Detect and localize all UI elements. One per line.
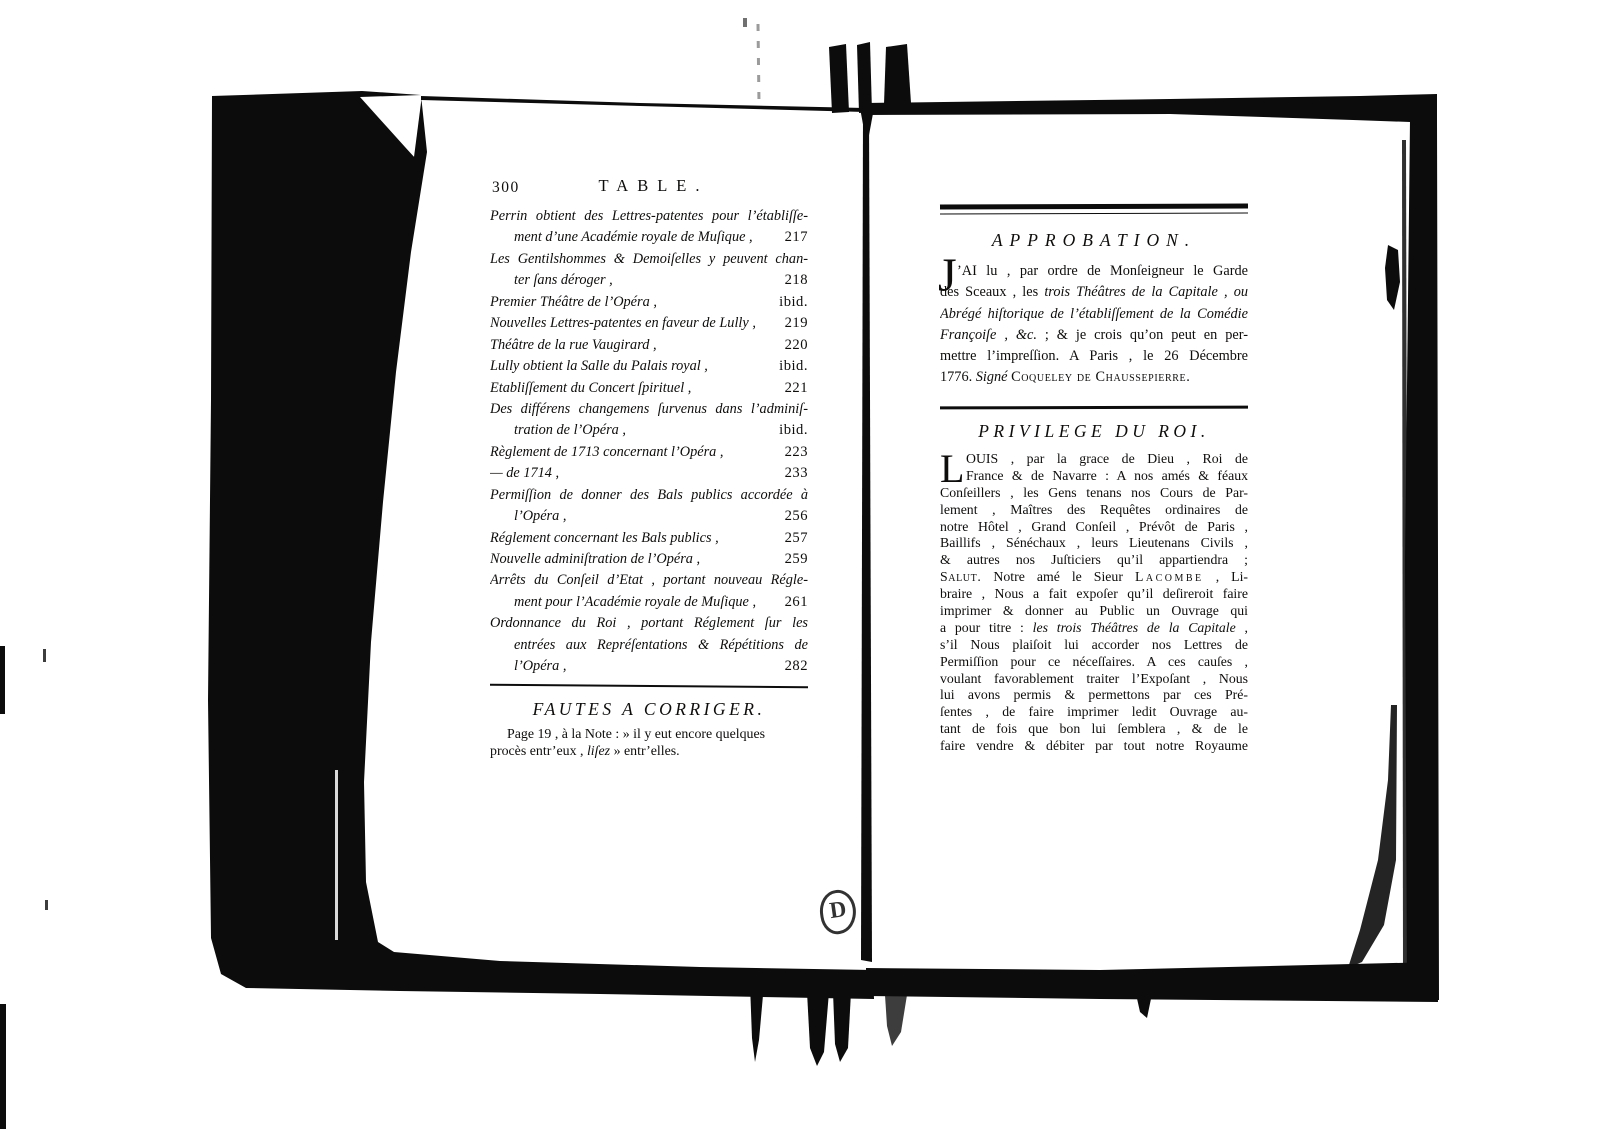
text-line: Abrégé hiſtorique de l’établiſſement de … <box>940 304 1248 325</box>
left-page-top-edge <box>421 96 865 112</box>
text-run: ſentes , de faire imprimer ledit Ouvrage… <box>940 704 1248 719</box>
toc-page-ref: 223 <box>777 442 808 463</box>
toc-line: — de 1714 ,233 <box>490 463 808 484</box>
text-line: Permiſſion pour ce néceſſaires. A ces ca… <box>940 654 1248 671</box>
toc-line: Nouvelles Lettres-patentes en faveur de … <box>490 313 808 334</box>
toc-line: Théâtre de la rue Vaugirard ,220 <box>490 335 808 356</box>
toc-line: l’Opéra ,282 <box>490 656 808 677</box>
head-rule-thin <box>940 212 1248 215</box>
toc-entry-text: Permiſſion de donner des Bals publics ac… <box>490 487 808 503</box>
text-line: voulant favorablement traiter l’Expoſant… <box>940 671 1248 688</box>
right-corner-streak <box>1348 705 1397 968</box>
text-run: Françoiſe , &c. <box>940 327 1037 343</box>
toc-entry-text: ment pour l’Académie royale de Muſique , <box>514 592 756 613</box>
toc-entry-text: Arrêts du Conſeil d’Etat , portant nouve… <box>490 572 808 588</box>
text-run: OUIS , par la grace de Dieu , Roi de <box>966 451 1248 466</box>
text-run: 1776. <box>940 369 976 385</box>
binding-stroke-top-2 <box>857 42 872 113</box>
text-run: faire vendre & débiter par tout notre Ro… <box>940 738 1248 753</box>
approbation-heading: APPROBATION. <box>940 230 1248 251</box>
left-margin-mark-2 <box>0 1004 6 1129</box>
text-run: & autres nos Juſticiers qu’il appartiend… <box>940 552 1248 567</box>
toc-page-ref: 221 <box>777 378 808 399</box>
ink-drip-5 <box>1136 994 1152 1018</box>
text-line: lui avons permis & permettons par ces Pr… <box>940 687 1248 704</box>
binding-stroke-top-3 <box>884 44 911 104</box>
text-run: imprimer & donner au Public un Ouvrage q… <box>940 603 1248 618</box>
toc-line: Ordonnance du Roi , portant Réglement ſu… <box>490 613 808 634</box>
text-run: Conſeillers , les Gens tenans nos Cours … <box>940 485 1248 500</box>
section-rule-right <box>940 406 1248 409</box>
text-run: Salut. <box>940 569 981 584</box>
toc-page-ref: 218 <box>777 270 808 291</box>
text-line: ſentes , de faire imprimer ledit Ouvrage… <box>940 704 1248 721</box>
text-line: braire , Nous a fait expoſer qu’il deſir… <box>940 586 1248 603</box>
toc-entry-text: Réglement concernant les Bals publics , <box>490 528 719 549</box>
text-run: s’il Nous plaiſoit lui accorder nos Lett… <box>940 637 1248 652</box>
toc-line: Premier Théâtre de l’Opéra ,ibid. <box>490 292 808 313</box>
text-line: notre Hôtel , Grand Conſeil , Prévôt de … <box>940 519 1248 536</box>
text-line: procès entr’eux , liſez » entr’elles. <box>490 743 808 760</box>
cover-texture-sliver <box>335 770 338 940</box>
toc-entry-text: Ordonnance du Roi , portant Réglement ſu… <box>490 615 808 631</box>
toc-entry-text: Théâtre de la rue Vaugirard , <box>490 335 657 356</box>
toc-line: Nouvelle adminiſtration de l’Opéra ,259 <box>490 549 808 570</box>
text-line: imprimer & donner au Public un Ouvrage q… <box>940 603 1248 620</box>
table-of-contents: Perrin obtient des Lettres-patentes pour… <box>490 206 808 678</box>
text-run: , <box>1236 620 1248 635</box>
text-run: liſez <box>587 744 610 759</box>
head-rule-thick <box>940 203 1248 209</box>
text-run: Page 19 , à la Note : » il y eut encore … <box>507 727 765 742</box>
right-page: APPROBATION. J ’AI lu , par ordre de Mon… <box>940 204 1248 755</box>
text-line: lement , Maîtres des Requêtes ordinaires… <box>940 502 1248 519</box>
text-line: & autres nos Juſticiers qu’il appartiend… <box>940 552 1248 569</box>
left-margin-speck-1 <box>43 649 46 662</box>
text-line: des Sceaux , les trois Théâtres de la Ca… <box>940 282 1248 303</box>
gutter-shadow <box>861 112 872 962</box>
text-line: a pour titre : les trois Théâtres de la … <box>940 620 1248 637</box>
text-run: les trois Théâtres de la Capitale <box>1033 620 1236 635</box>
stamp-letter: D <box>828 896 848 924</box>
toc-entry-text: Perrin obtient des Lettres-patentes pour… <box>490 208 808 224</box>
ink-drip-2 <box>807 992 829 1066</box>
toc-entry-text: Des différens changemens ſurvenus dans l… <box>490 401 808 417</box>
toc-entry-text: entrées aux Repréſentations & Répétition… <box>514 637 808 653</box>
text-line: ’AI lu , par ordre de Monſeigneur le Gar… <box>940 261 1248 282</box>
text-run: Permiſſion pour ce néceſſaires. A ces ca… <box>940 654 1248 669</box>
text-run: Notre amé le Sieur <box>981 569 1135 584</box>
text-line: OUIS , par la grace de Dieu , Roi de <box>940 451 1248 468</box>
page-number: 300 <box>492 179 520 197</box>
text-run: ’AI lu , par ordre de Monſeigneur le Gar… <box>957 263 1248 279</box>
head-double-rule <box>940 203 1248 214</box>
text-run: trois Théâtres de la Capitale , ou <box>1044 284 1248 300</box>
ink-drip-1 <box>750 984 764 1062</box>
right-page-bottom-edge <box>866 962 1438 1002</box>
toc-page-ref: 219 <box>777 313 808 334</box>
right-edge-blob <box>1385 245 1400 310</box>
toc-entry-text: ment d’une Académie royale de Muſique , <box>514 227 753 248</box>
text-run: procès entr’eux , <box>490 744 587 759</box>
toc-page-ref: 256 <box>777 506 808 527</box>
toc-page-ref: ibid. <box>771 356 808 377</box>
privilege-heading: PRIVILEGE DU ROI. <box>940 421 1248 442</box>
toc-page-ref: 233 <box>777 463 808 484</box>
left-page-header: 300 TABLE. <box>490 176 808 200</box>
right-page-top-edge <box>866 94 1437 136</box>
toc-entry-text: l’Opéra , <box>514 506 566 527</box>
toc-line: ter ſans déroger ,218 <box>490 270 808 291</box>
ink-drip-4 <box>885 995 907 1046</box>
text-run: voulant favorablement traiter l’Expoſant… <box>940 671 1248 686</box>
toc-line: Règlement de 1713 concernant l’Opéra ,22… <box>490 442 808 463</box>
text-run: France & de Navarre : A nos amés & féaux <box>966 468 1248 483</box>
text-run: mettre l’impreſſion. A Paris , le 26 Déc… <box>940 348 1248 364</box>
running-title: TABLE. <box>490 176 808 196</box>
text-line: Page 19 , à la Note : » il y eut encore … <box>490 726 808 743</box>
toc-entry-text: l’Opéra , <box>514 656 566 677</box>
toc-line: tration de l’Opéra ,ibid. <box>490 420 808 441</box>
toc-line: entrées aux Repréſentations & Répétition… <box>490 635 808 656</box>
toc-line: Des différens changemens ſurvenus dans l… <box>490 399 808 420</box>
text-run: ; & je crois qu’on peut en per- <box>1037 327 1248 343</box>
text-line: faire vendre & débiter par tout notre Ro… <box>940 738 1248 755</box>
approbation-paragraph: J ’AI lu , par ordre de Monſeigneur le G… <box>940 261 1248 388</box>
toc-page-ref: 217 <box>777 227 808 248</box>
toc-entry-text: Nouvelle adminiſtration de l’Opéra , <box>490 549 700 570</box>
toc-line: Lully obtient la Salle du Palais royal ,… <box>490 356 808 377</box>
text-line: s’il Nous plaiſoit lui accorder nos Lett… <box>940 637 1248 654</box>
text-run: Coqueley de Chaussepierre. <box>1011 369 1190 385</box>
text-run: lement , Maîtres des Requêtes ordinaires… <box>940 502 1248 517</box>
toc-entry-text: Etabliſſement du Concert ſpirituel , <box>490 378 691 399</box>
toc-line: Perrin obtient des Lettres-patentes pour… <box>490 206 808 227</box>
right-cover-edge <box>1405 118 1439 1000</box>
text-line: Baillifs , Sénéchaux , leurs Lieutenans … <box>940 535 1248 552</box>
toc-line: Permiſſion de donner des Bals publics ac… <box>490 485 808 506</box>
toc-entry-text: Lully obtient la Salle du Palais royal , <box>490 356 708 377</box>
toc-line: Réglement concernant les Bals publics ,2… <box>490 528 808 549</box>
section-rule-left <box>490 683 808 688</box>
text-line: France & de Navarre : A nos amés & féaux <box>940 468 1248 485</box>
book-scan-spread: 300 TABLE. Perrin obtient des Lettres-pa… <box>0 0 1599 1129</box>
library-stamp: D <box>817 888 859 937</box>
text-run: braire , Nous a fait expoſer qu’il deſir… <box>940 586 1248 601</box>
text-line: mettre l’impreſſion. A Paris , le 26 Déc… <box>940 346 1248 367</box>
privilege-paragraph: L OUIS , par la grace de Dieu , Roi deFr… <box>940 451 1248 755</box>
speck-top <box>743 18 747 27</box>
text-run: » entr’elles. <box>610 744 680 759</box>
text-line: tant de fois que bon lui ſemblera , & de… <box>940 721 1248 738</box>
toc-line: ment pour l’Académie royale de Muſique ,… <box>490 592 808 613</box>
text-line: Salut. Notre amé le Sieur Lacombe , Li- <box>940 569 1248 586</box>
text-line: Françoiſe , &c. ; & je crois qu’on peut … <box>940 325 1248 346</box>
toc-entry-text: Les Gentilshommes & Demoiſelles y peuven… <box>490 251 808 267</box>
toc-entry-text: tration de l’Opéra , <box>514 420 626 441</box>
toc-line: Arrêts du Conſeil d’Etat , portant nouve… <box>490 570 808 591</box>
toc-entry-text: Règlement de 1713 concernant l’Opéra , <box>490 442 723 463</box>
toc-line: ment d’une Académie royale de Muſique ,2… <box>490 227 808 248</box>
text-run: Abrégé hiſtorique de l’établiſſement de … <box>940 306 1248 322</box>
errata-heading: FAUTES A CORRIGER. <box>490 699 808 720</box>
text-line: Conſeillers , les Gens tenans nos Cours … <box>940 485 1248 502</box>
left-page: 300 TABLE. Perrin obtient des Lettres-pa… <box>490 176 808 761</box>
drop-cap-j: J <box>938 252 957 300</box>
toc-entry-text: Premier Théâtre de l’Opéra , <box>490 292 657 313</box>
text-run: Baillifs , Sénéchaux , leurs Lieutenans … <box>940 535 1248 550</box>
faint-binding-line-top <box>758 24 759 104</box>
toc-entry-text: — de 1714 , <box>490 463 559 484</box>
drop-cap-l: L <box>940 449 964 489</box>
toc-entry-text: Nouvelles Lettres-patentes en faveur de … <box>490 313 756 334</box>
toc-page-ref: 259 <box>777 549 808 570</box>
toc-page-ref: 220 <box>777 335 808 356</box>
binding-stroke-top-1 <box>829 44 849 113</box>
toc-page-ref: 282 <box>777 656 808 677</box>
text-line: 1776. Signé Coqueley de Chaussepierre. <box>940 367 1248 388</box>
toc-page-ref: ibid. <box>771 420 808 441</box>
errata-paragraph: Page 19 , à la Note : » il y eut encore … <box>490 726 808 761</box>
text-run: notre Hôtel , Grand Conſeil , Prévôt de … <box>940 519 1248 534</box>
toc-page-ref: 261 <box>777 592 808 613</box>
ink-drip-3 <box>833 992 851 1062</box>
toc-line: Etabliſſement du Concert ſpirituel ,221 <box>490 378 808 399</box>
text-run: , Li- <box>1204 569 1248 584</box>
toc-page-ref: 257 <box>777 528 808 549</box>
text-run: a pour titre : <box>940 620 1033 635</box>
left-margin-mark-1 <box>0 646 5 714</box>
text-run: tant de fois que bon lui ſemblera , & de… <box>940 721 1248 736</box>
text-run: Signé <box>976 369 1008 385</box>
toc-line: Les Gentilshommes & Demoiſelles y peuven… <box>490 249 808 270</box>
toc-page-ref: ibid. <box>771 292 808 313</box>
toc-line: l’Opéra ,256 <box>490 506 808 527</box>
text-run: lui avons permis & permettons par ces Pr… <box>940 687 1248 702</box>
toc-entry-text: ter ſans déroger , <box>514 270 613 291</box>
left-margin-speck-2 <box>45 900 48 910</box>
text-run: Lacombe <box>1135 569 1204 584</box>
